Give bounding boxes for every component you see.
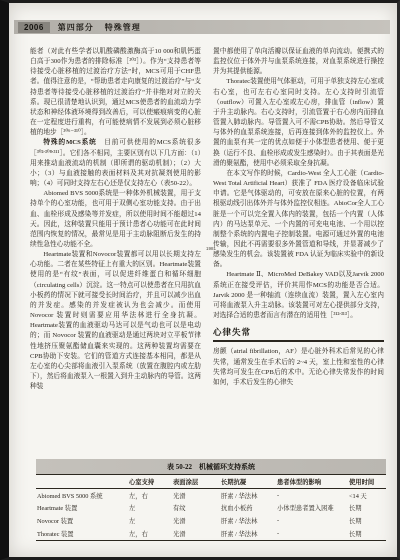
cell-device: Abiomed BVS 5000 系统 [36, 488, 128, 501]
cell: 左，右 [128, 488, 172, 501]
table-row: Abiomed BVS 5000 系统 左，右 光滑 肝素 / 华法林 - <1… [36, 488, 386, 501]
cell: 左 [128, 501, 172, 514]
cell: 长期 [348, 514, 386, 527]
part-title: 特殊管理 [105, 23, 141, 32]
cell-device: Novocor 装置 [36, 514, 128, 527]
table-row: Novocor 装置 左 光滑 肝素 / 华法林 - 长期 [36, 514, 386, 527]
cell: 光滑 [172, 488, 220, 501]
column-header: 长期抗凝 [220, 474, 276, 488]
paragraph: 在本文写作的时候，Cardio-West 全人工心脏（Cardio-West T… [213, 169, 384, 271]
paragraph: Thoratec装置使用气体驱动，可用于单独支持左心室或右心室，也可左右心室同时… [213, 77, 384, 168]
running-head-title: 第四部分 特殊管理 [58, 22, 149, 33]
cell: 长期 [348, 501, 386, 514]
section-rule [213, 340, 384, 342]
column-header: 患者体型的影响 [276, 474, 348, 488]
cell: 肝素 / 华法林 [220, 488, 276, 501]
cell: 有纹 [172, 501, 220, 514]
left-column: 能者（对此有些学者以肌酸磷酸激酶高于10 000和肌钙蛋白高于300作为患者的排… [30, 47, 201, 455]
paragraph: 能者（对此有些学者以肌酸磷酸激酶高于10 000和肌钙蛋白高于300作为患者的排… [30, 47, 201, 138]
cell: 肝素 / 华法林 [220, 527, 276, 540]
table-header-row: 心室支持 表面涂层 长期抗凝 患者体型的影响 使用时间 [36, 474, 386, 488]
column-header: 表面涂层 [172, 474, 220, 488]
page-number: 2006 [18, 22, 50, 33]
table-title: 表 50-22 机械循环支持系统 [36, 459, 386, 474]
cell: 小体型患者置入困难 [276, 501, 348, 514]
mcs-systems-table: 表 50-22 机械循环支持系统 心室支持 表面涂层 长期抗凝 患者体型的影响 … [36, 459, 386, 541]
text-columns: 能者（对此有些学者以肌酸磷酸激酶高于10 000和肌钙蛋白高于300作为患者的排… [30, 47, 384, 455]
right-column: 置中都使用了单向活瓣以保证血液的单向流动。便携式的监控仪位于体外并与血泵系统连接… [213, 47, 384, 455]
column-header: 使用时间 [348, 474, 386, 488]
cell: - [276, 488, 348, 501]
cell: 光滑 [172, 527, 220, 540]
cell: 左 [128, 514, 172, 527]
cell: - [276, 514, 348, 527]
section-heading: 心律失常 [213, 327, 384, 337]
paragraph: Abiomed BVS 5000系统是一种体外机械装置，用于支持单个的心室功能，… [30, 189, 201, 250]
running-head: 2006 第四部分 特殊管理 [14, 20, 390, 34]
paragraph: Heartmate装置和Novocor装置都可以用以长期支持左心功能。二者在某些… [30, 250, 201, 392]
paragraph-text: 目前可供使用的MCS系统很多［³⁰²′³⁰⁸′³¹¹］。它们各不相同，主要区别有… [30, 139, 201, 187]
cell: 光滑 [172, 514, 220, 527]
paragraph: Heartmate Ⅱ、MicroMed DeBakey VAD以及Jarvik… [213, 270, 384, 321]
column-header: 心室支持 [128, 474, 172, 488]
cell: 左，右 [128, 527, 172, 540]
runin-heading: 特殊的MCS系统 [43, 139, 96, 146]
part-label: 第四部分 [58, 23, 94, 32]
table-row: Heartmate 装置 左 有纹 抗血小板药 小体型患者置入困难 长期 [36, 501, 386, 514]
column-header [36, 474, 128, 488]
cell: 抗血小板药 [220, 501, 276, 514]
paragraph: 房颤（atrial fibrillation，AF）是心脏外科术后常见的心律失常… [213, 347, 384, 388]
paragraph: 置中都使用了单向活瓣以保证血液的单向流动。便携式的监控仪位于体外并与血泵系统连接… [213, 47, 384, 77]
table-row: Thoratec 装置 左，右 光滑 肝素 / 华法林 - 长期 [36, 527, 386, 540]
paragraph-with-runin-heading: 特殊的MCS系统 目前可供使用的MCS系统很多［³⁰²′³⁰⁸′³¹¹］。它们各… [30, 138, 201, 189]
table: 心室支持 表面涂层 长期抗凝 患者体型的影响 使用时间 Abiomed BVS … [36, 474, 386, 541]
scanned-book-page: 2006 第四部分 特殊管理 1981 能者（对此有些学者以肌酸磷酸激酶高于10… [0, 0, 400, 560]
cell-device: Thoratec 装置 [36, 527, 128, 540]
cell-device: Heartmate 装置 [36, 501, 128, 514]
cell: 肝素 / 华法林 [220, 514, 276, 527]
cell: <14 天 [348, 488, 386, 501]
cell: 长期 [348, 527, 386, 540]
cell: - [276, 527, 348, 540]
